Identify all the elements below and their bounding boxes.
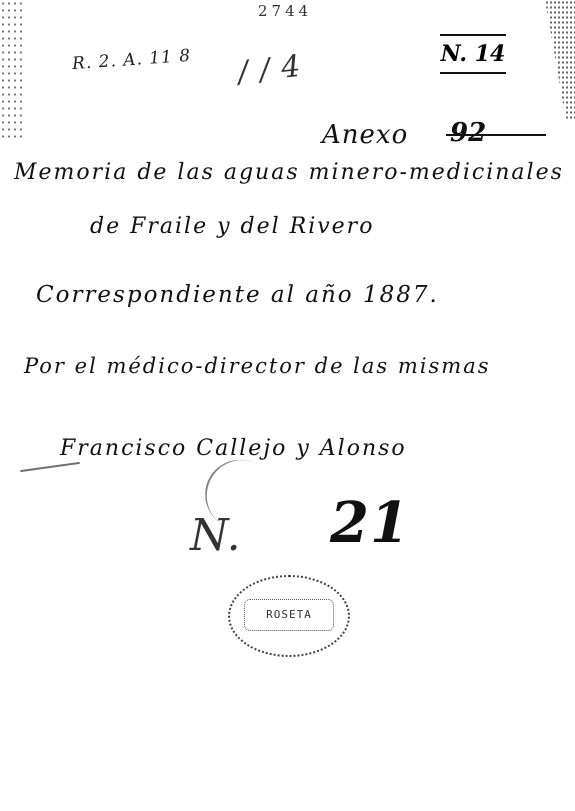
box-number: N. 14 (440, 34, 506, 74)
title-line-1: Memoria de las aguas minero-medicinales (14, 160, 564, 185)
signature-swash (20, 462, 80, 472)
author-signature: Francisco Callejo y Alonso (60, 436, 407, 461)
scan-noise-right-edge (545, 0, 575, 120)
scan-noise-left-edge (0, 0, 22, 140)
archive-number: 2744 (258, 2, 312, 20)
document-number: 21 (330, 490, 410, 556)
annex-label: Anexo (322, 120, 408, 150)
document-page: 2744 R. 2. A. 11 8 / / 4 N. 14 Anexo 92 … (0, 0, 575, 811)
library-stamp: ROSETA (228, 575, 350, 657)
document-number-prefix: N. (190, 510, 242, 561)
stamp-text: ROSETA (244, 599, 334, 631)
annex-struck-number: 92 (450, 118, 542, 148)
reference-mark: / / 4 (236, 49, 303, 90)
title-line-4: Por el médico-director de las mismas (24, 354, 491, 378)
reference-code: R. 2. A. 11 8 (71, 46, 191, 74)
title-line-2: de Fraile y del Rivero (90, 214, 374, 239)
title-line-3: Correspondiente al año 1887. (36, 282, 439, 308)
